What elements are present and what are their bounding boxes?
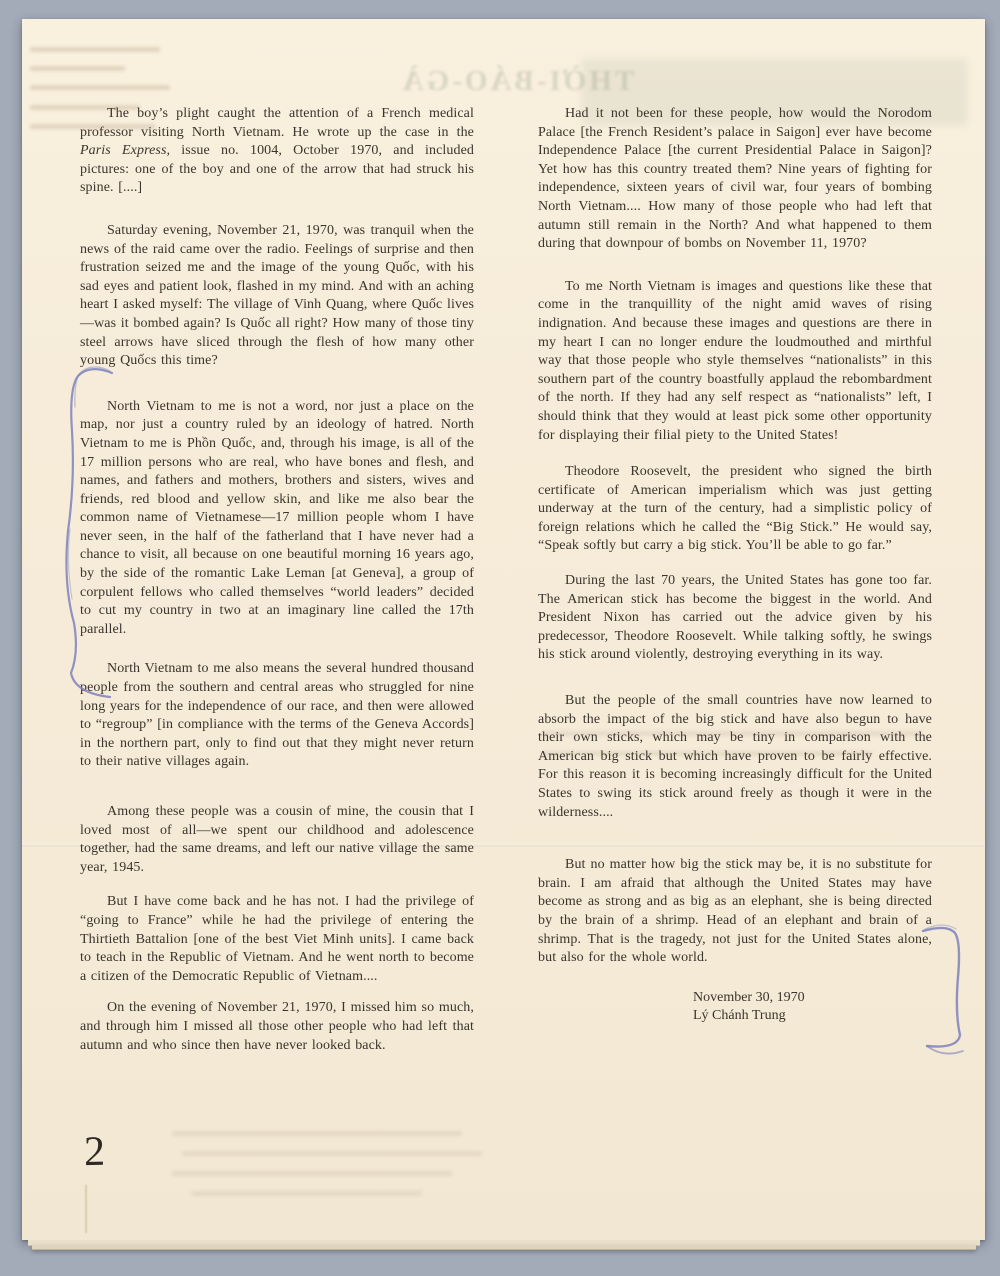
signature-block: November 30, 1970 Lý Chánh Trung: [538, 989, 932, 1026]
left-column: The boy’s plight caught the attention of…: [80, 105, 474, 1055]
right-column-paragraphs: Had it not been for these people, how wo…: [538, 105, 932, 968]
scanner-background: THỜI-BÁO-GÀ The boy’s plight caught the …: [0, 0, 1000, 1276]
paragraph: But no matter how big the stick may be, …: [538, 856, 932, 968]
paragraph: North Vietnam to me is not a word, nor j…: [80, 398, 474, 640]
paragraph: But the people of the small countries ha…: [538, 692, 932, 822]
paragraph: The boy’s plight caught the attention of…: [80, 105, 474, 198]
signature-name: Lý Chánh Trung: [693, 1007, 932, 1026]
paper-edge-stack: [32, 1245, 976, 1250]
paragraph: Saturday evening, November 21, 1970, was…: [80, 222, 474, 371]
ghost-masthead-text: THỜI-BÁO-GÀ: [352, 65, 682, 98]
paragraph: During the last 70 years, the United Sta…: [538, 572, 932, 665]
paragraph: Had it not been for these people, how wo…: [538, 105, 932, 254]
paragraph: North Vietnam to me also means the sever…: [80, 660, 474, 772]
bleedthrough-smudge: [182, 1151, 482, 1156]
bleedthrough-smudge: [30, 85, 170, 90]
signature-date: November 30, 1970: [693, 989, 932, 1008]
paragraph: Among these people was a cousin of mine,…: [80, 803, 474, 877]
bleedthrough-smudge: [172, 1131, 462, 1136]
document-page: THỜI-BÁO-GÀ The boy’s plight caught the …: [22, 19, 985, 1240]
paragraph: To me North Vietnam is images and questi…: [538, 278, 932, 445]
bleedthrough-smudge: [30, 47, 160, 52]
page-number: 2: [84, 1131, 106, 1173]
bleedthrough-smudge: [30, 66, 125, 71]
paper-scratch: [85, 1185, 87, 1233]
paragraph: But I have come back and he has not. I h…: [80, 893, 474, 986]
right-column: Had it not been for these people, how wo…: [538, 105, 932, 1026]
bleedthrough-smudge: [192, 1191, 422, 1196]
paragraph: Theodore Roosevelt, the president who si…: [538, 463, 932, 556]
paragraph: On the evening of November 21, 1970, I m…: [80, 999, 474, 1055]
bleedthrough-smudge: [172, 1171, 452, 1176]
